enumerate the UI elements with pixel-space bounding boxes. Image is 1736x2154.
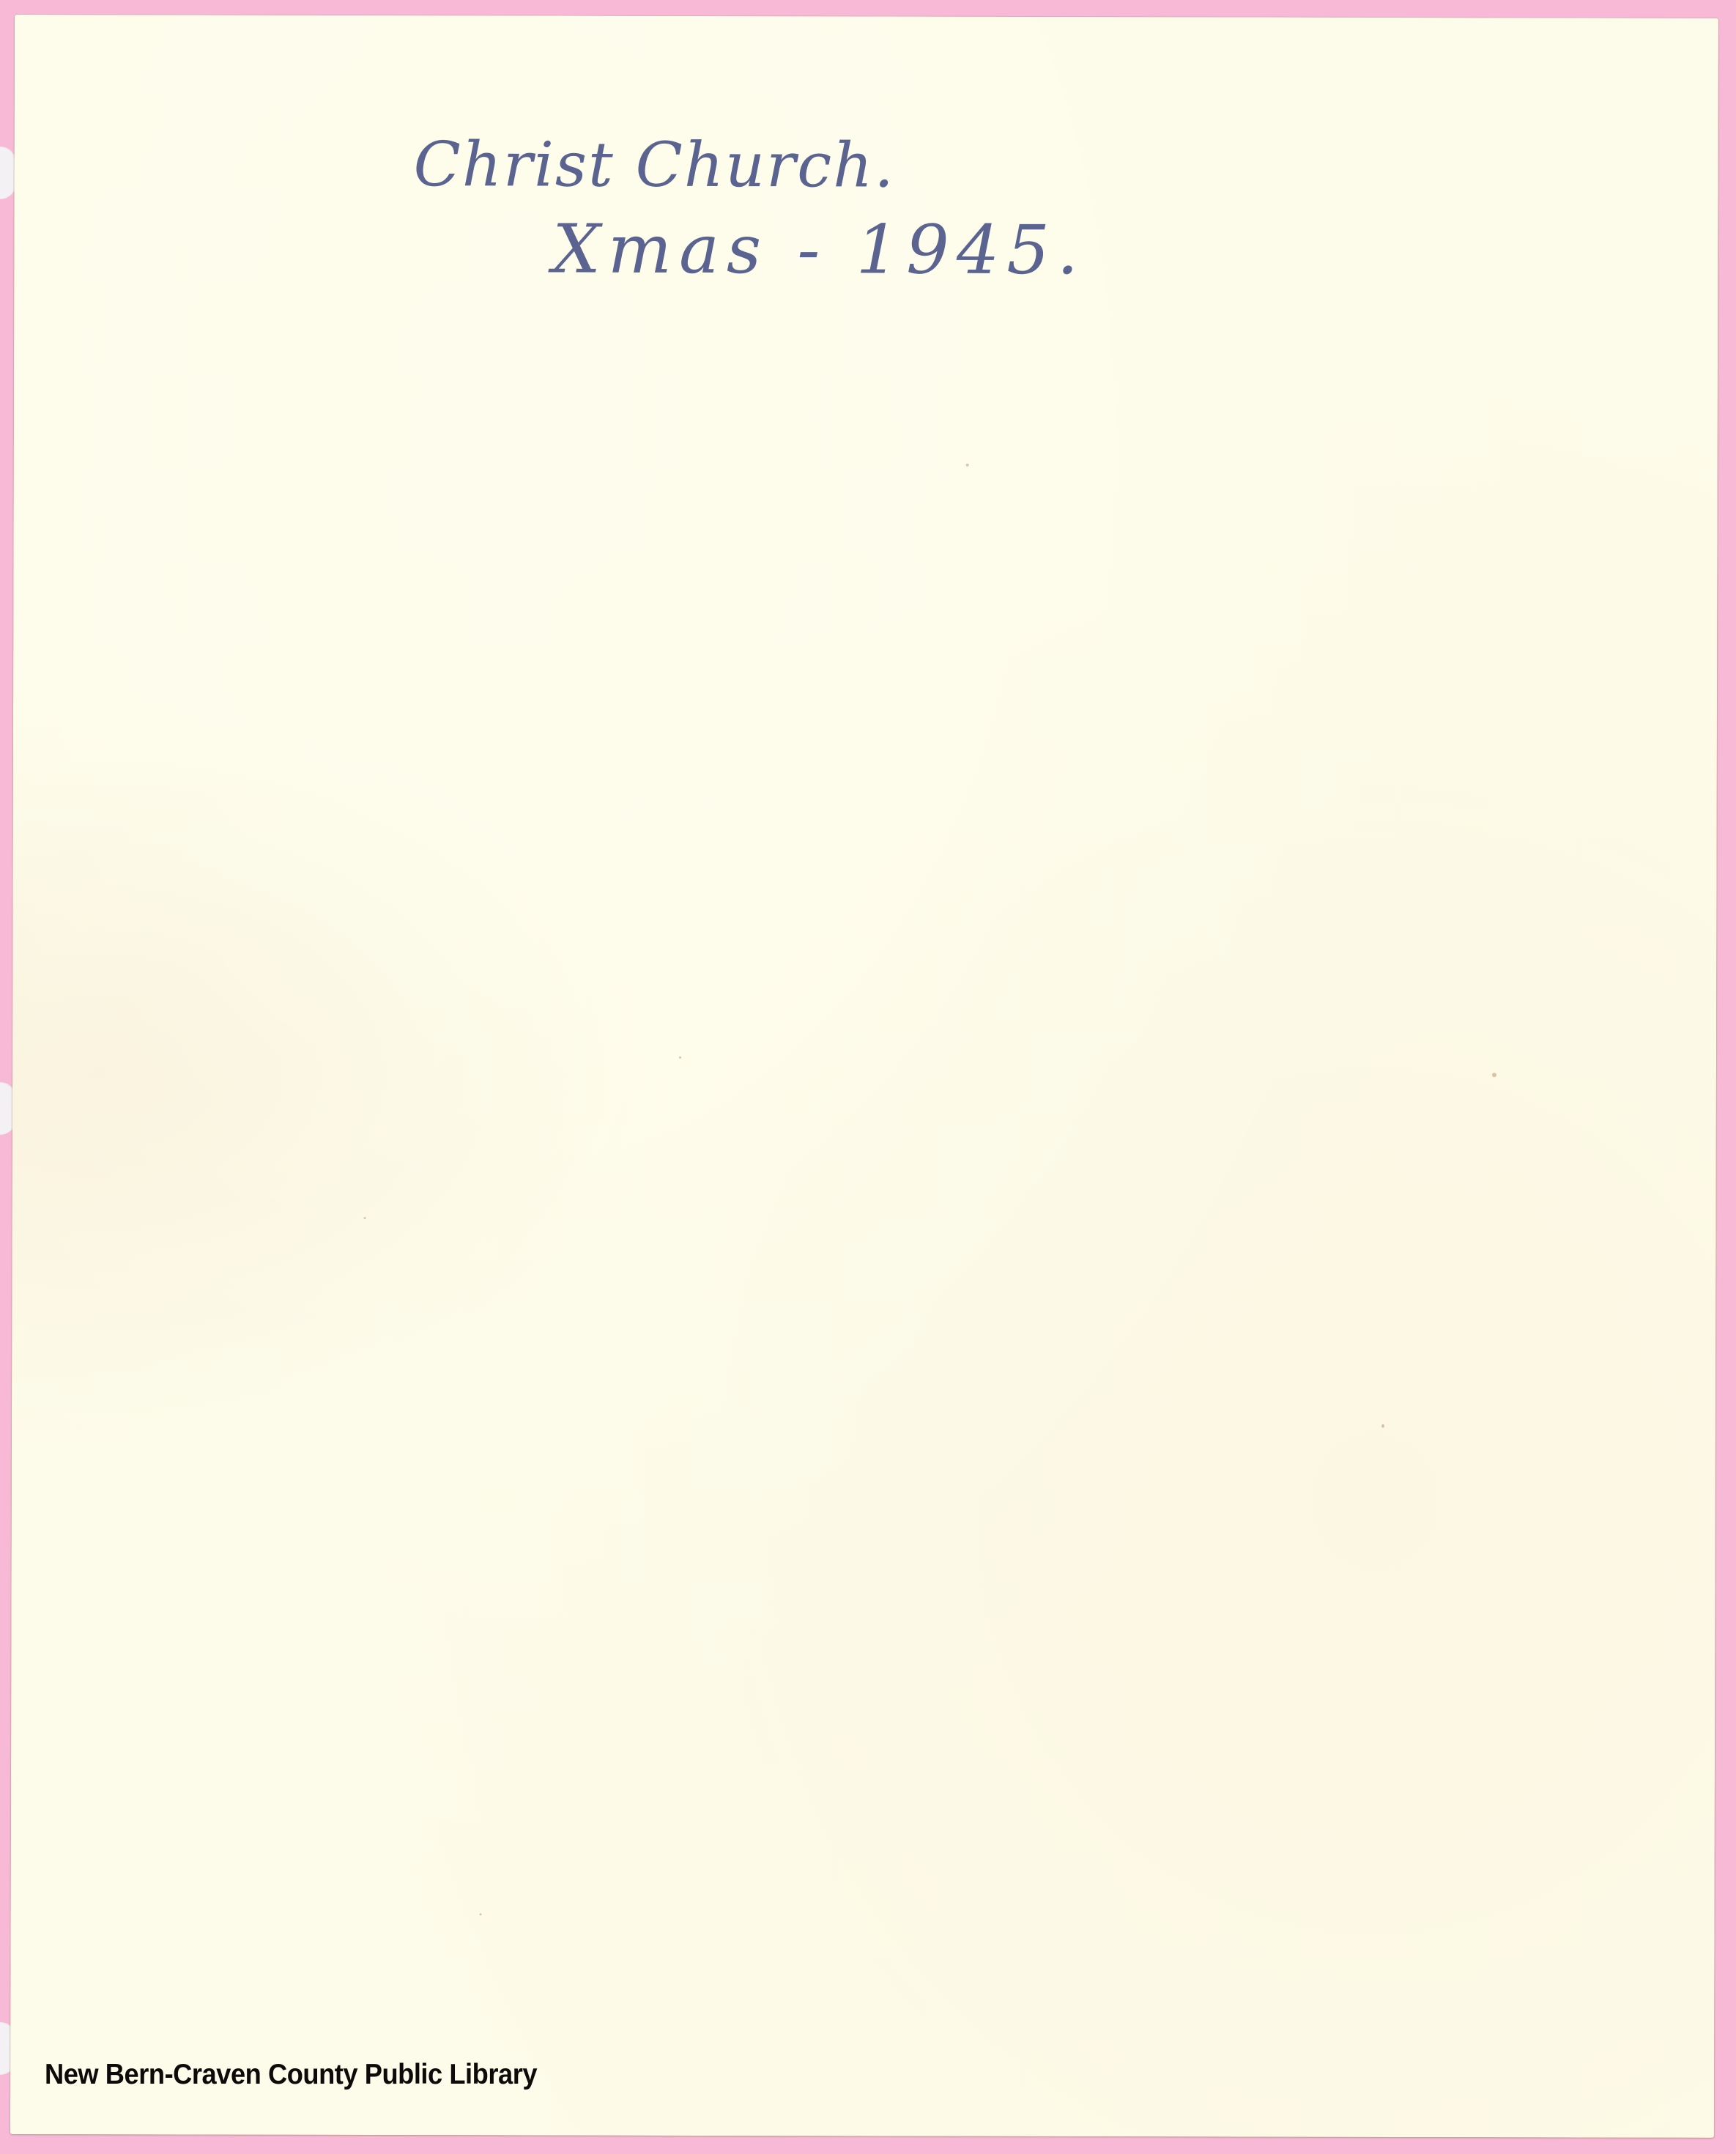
handwriting-line-2: Xmas - 1945. — [548, 210, 1086, 290]
paper-speck — [1381, 1424, 1384, 1428]
handwriting-line-1: Christ Church. — [413, 128, 895, 201]
paper-speck — [1492, 1073, 1496, 1077]
paper-speck — [364, 1217, 366, 1219]
paper-speck — [679, 1056, 681, 1059]
paper-speck — [966, 464, 969, 467]
paper-speck — [480, 1913, 482, 1915]
photo-back-paper: Christ Church. Xmas - 1945. — [10, 15, 1718, 2138]
library-credit: New Bern-Craven County Public Library — [45, 2059, 537, 2091]
handwritten-annotation: Christ Church. Xmas - 1945. — [10, 15, 1718, 2138]
